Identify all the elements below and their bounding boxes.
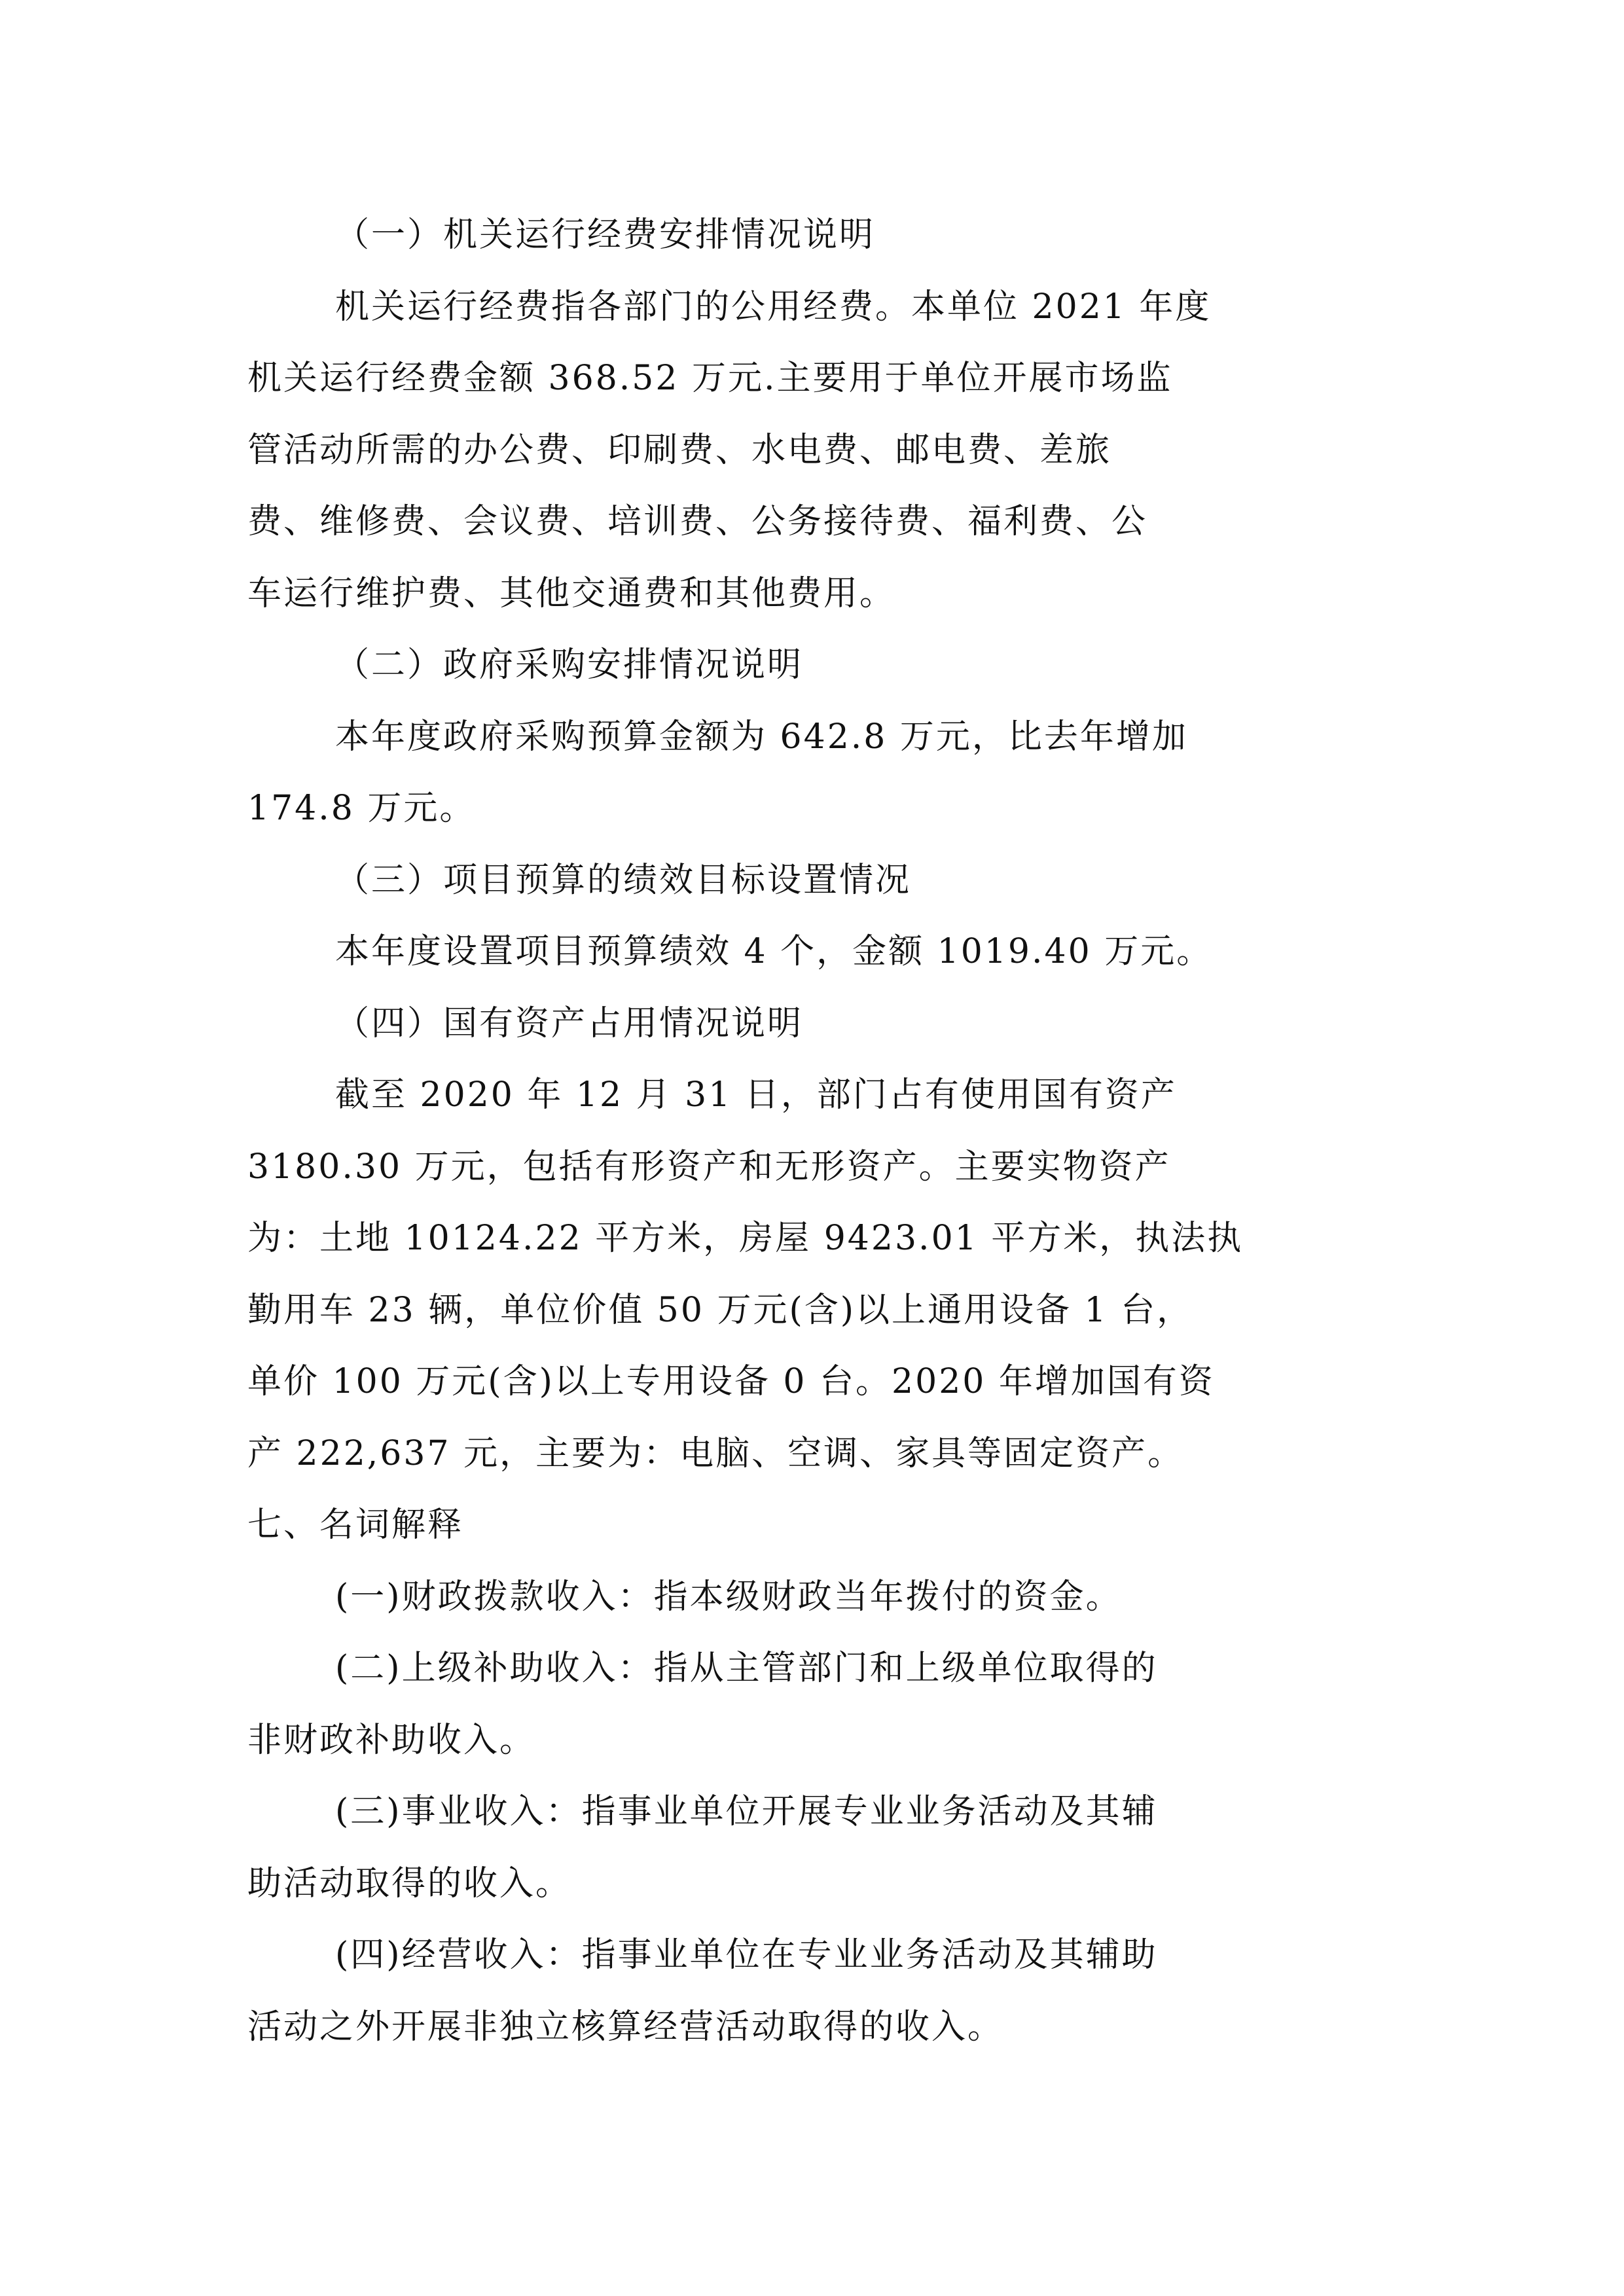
paragraph-line: 管活动所需的办公费、印刷费、水电费、邮电费、差旅 <box>247 415 1373 487</box>
paragraph-line: 为：土地 10124.22 平方米，房屋 9423.01 平方米，执法执 <box>247 1203 1373 1275</box>
subheading-state-assets: （四）国有资产占用情况说明 <box>247 988 1373 1060</box>
paragraph-line: 活动之外开展非独立核算经营活动取得的收入。 <box>247 1992 1373 2064</box>
paragraph-line: 截至 2020 年 12 月 31 日，部门占有使用国有资产 <box>247 1060 1373 1132</box>
glossary-item: (二)上级补助收入：指从主管部门和上级单位取得的 <box>247 1633 1373 1705</box>
paragraph-line: 非财政补助收入。 <box>247 1705 1373 1777</box>
paragraph-line: 3180.30 万元，包括有形资产和无形资产。主要实物资产 <box>247 1132 1373 1204</box>
paragraph-line: 机关运行经费金额 368.52 万元.主要用于单位开展市场监 <box>247 343 1373 415</box>
glossary-item: (四)经营收入：指事业单位在专业业务活动及其辅助 <box>247 1920 1373 1992</box>
paragraph-line: 单价 100 万元(含)以上专用设备 0 台。2020 年增加国有资 <box>247 1346 1373 1418</box>
paragraph-line: 174.8 万元。 <box>247 773 1373 845</box>
section-heading-glossary: 七、名词解释 <box>247 1490 1373 1562</box>
paragraph-line: 产 222,637 元，主要为：电脑、空调、家具等固定资产。 <box>247 1418 1373 1490</box>
paragraph-line: 本年度政府采购预算金额为 642.8 万元，比去年增加 <box>247 702 1373 774</box>
paragraph-line: 助活动取得的收入。 <box>247 1848 1373 1920</box>
paragraph-line: 费、维修费、会议费、培训费、公务接待费、福利费、公 <box>247 486 1373 558</box>
paragraph-line: 勤用车 23 辆，单位价值 50 万元(含)以上通用设备 1 台， <box>247 1275 1373 1347</box>
paragraph-line: 本年度设置项目预算绩效 4 个，金额 1019.40 万元。 <box>247 916 1373 988</box>
subheading-performance-goals: （三）项目预算的绩效目标设置情况 <box>247 845 1373 917</box>
paragraph-line: 机关运行经费指各部门的公用经费。本单位 2021 年度 <box>247 272 1373 344</box>
subheading-gov-procurement: （二）政府采购安排情况说明 <box>247 630 1373 702</box>
glossary-item: (三)事业收入：指事业单位开展专业业务活动及其辅 <box>247 1776 1373 1848</box>
document-page: （一）机关运行经费安排情况说明 机关运行经费指各部门的公用经费。本单位 2021… <box>247 200 1373 2063</box>
subheading-admin-expenses: （一）机关运行经费安排情况说明 <box>247 200 1373 272</box>
glossary-item: (一)财政拨款收入：指本级财政当年拨付的资金。 <box>247 1562 1373 1634</box>
paragraph-line: 车运行维护费、其他交通费和其他费用。 <box>247 558 1373 630</box>
